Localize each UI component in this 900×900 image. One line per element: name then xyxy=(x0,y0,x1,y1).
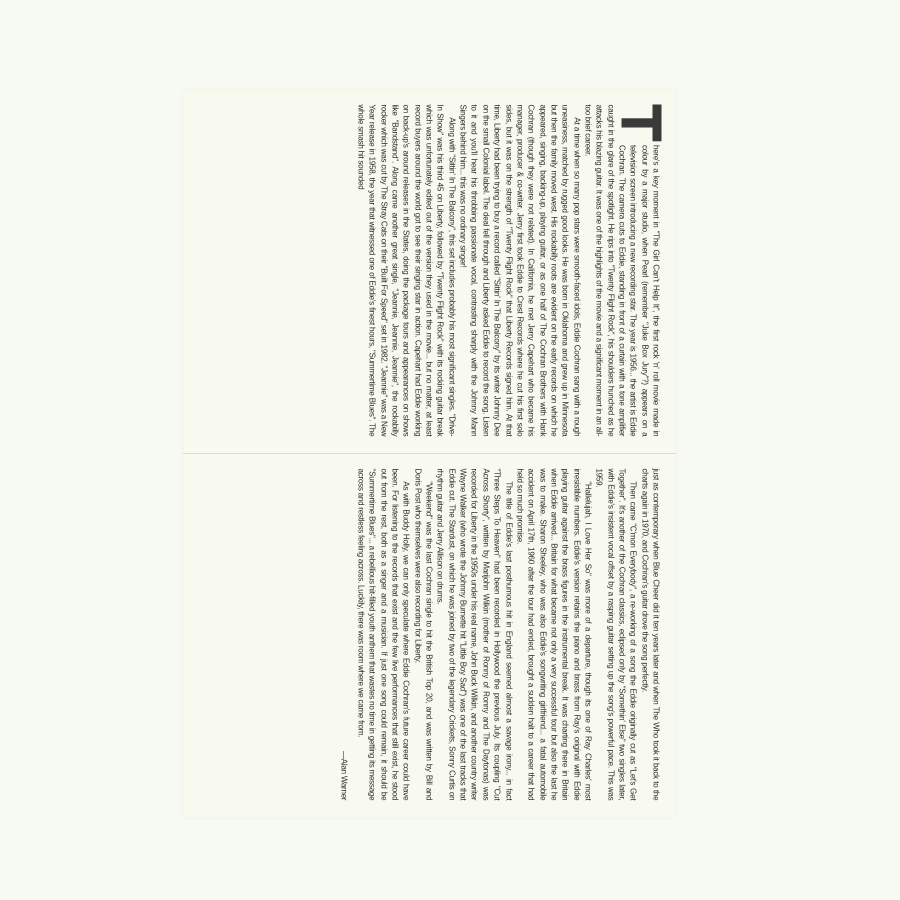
paragraph: "Weekend" was the last Cochran single to… xyxy=(412,469,435,801)
paragraph: just as contemporary when Blue Cheer did… xyxy=(639,469,662,801)
author-signature: —Alan Warner xyxy=(338,469,349,801)
paragraph: The title of Eddie's last posthumous hit… xyxy=(435,469,514,801)
paragraph: "Hallelujah, I Love Her So" was more of … xyxy=(514,469,593,801)
top-panel: here's a key moment in "The Girl Can't H… xyxy=(183,90,676,454)
paragraph: here's a key moment in "The Girl Can't H… xyxy=(582,105,661,437)
liner-notes-booklet: here's a key moment in "The Girl Can't H… xyxy=(183,90,676,818)
paragraph: As with Buddy Holly, we can only specula… xyxy=(355,469,412,801)
paragraph: Along with "Sittin' In The Balcony", thi… xyxy=(355,105,457,437)
bottom-panel: just as contemporary when Blue Cheer did… xyxy=(183,454,676,818)
drop-cap-t xyxy=(622,105,662,142)
paragraph: Then came "C'mon Everybody", a re-workin… xyxy=(593,469,638,801)
paragraph: At a time when so many pop stars were sm… xyxy=(457,105,582,437)
top-panel-text: here's a key moment in "The Girl Can't H… xyxy=(355,105,661,437)
bottom-panel-text: just as contemporary when Blue Cheer did… xyxy=(338,469,662,801)
